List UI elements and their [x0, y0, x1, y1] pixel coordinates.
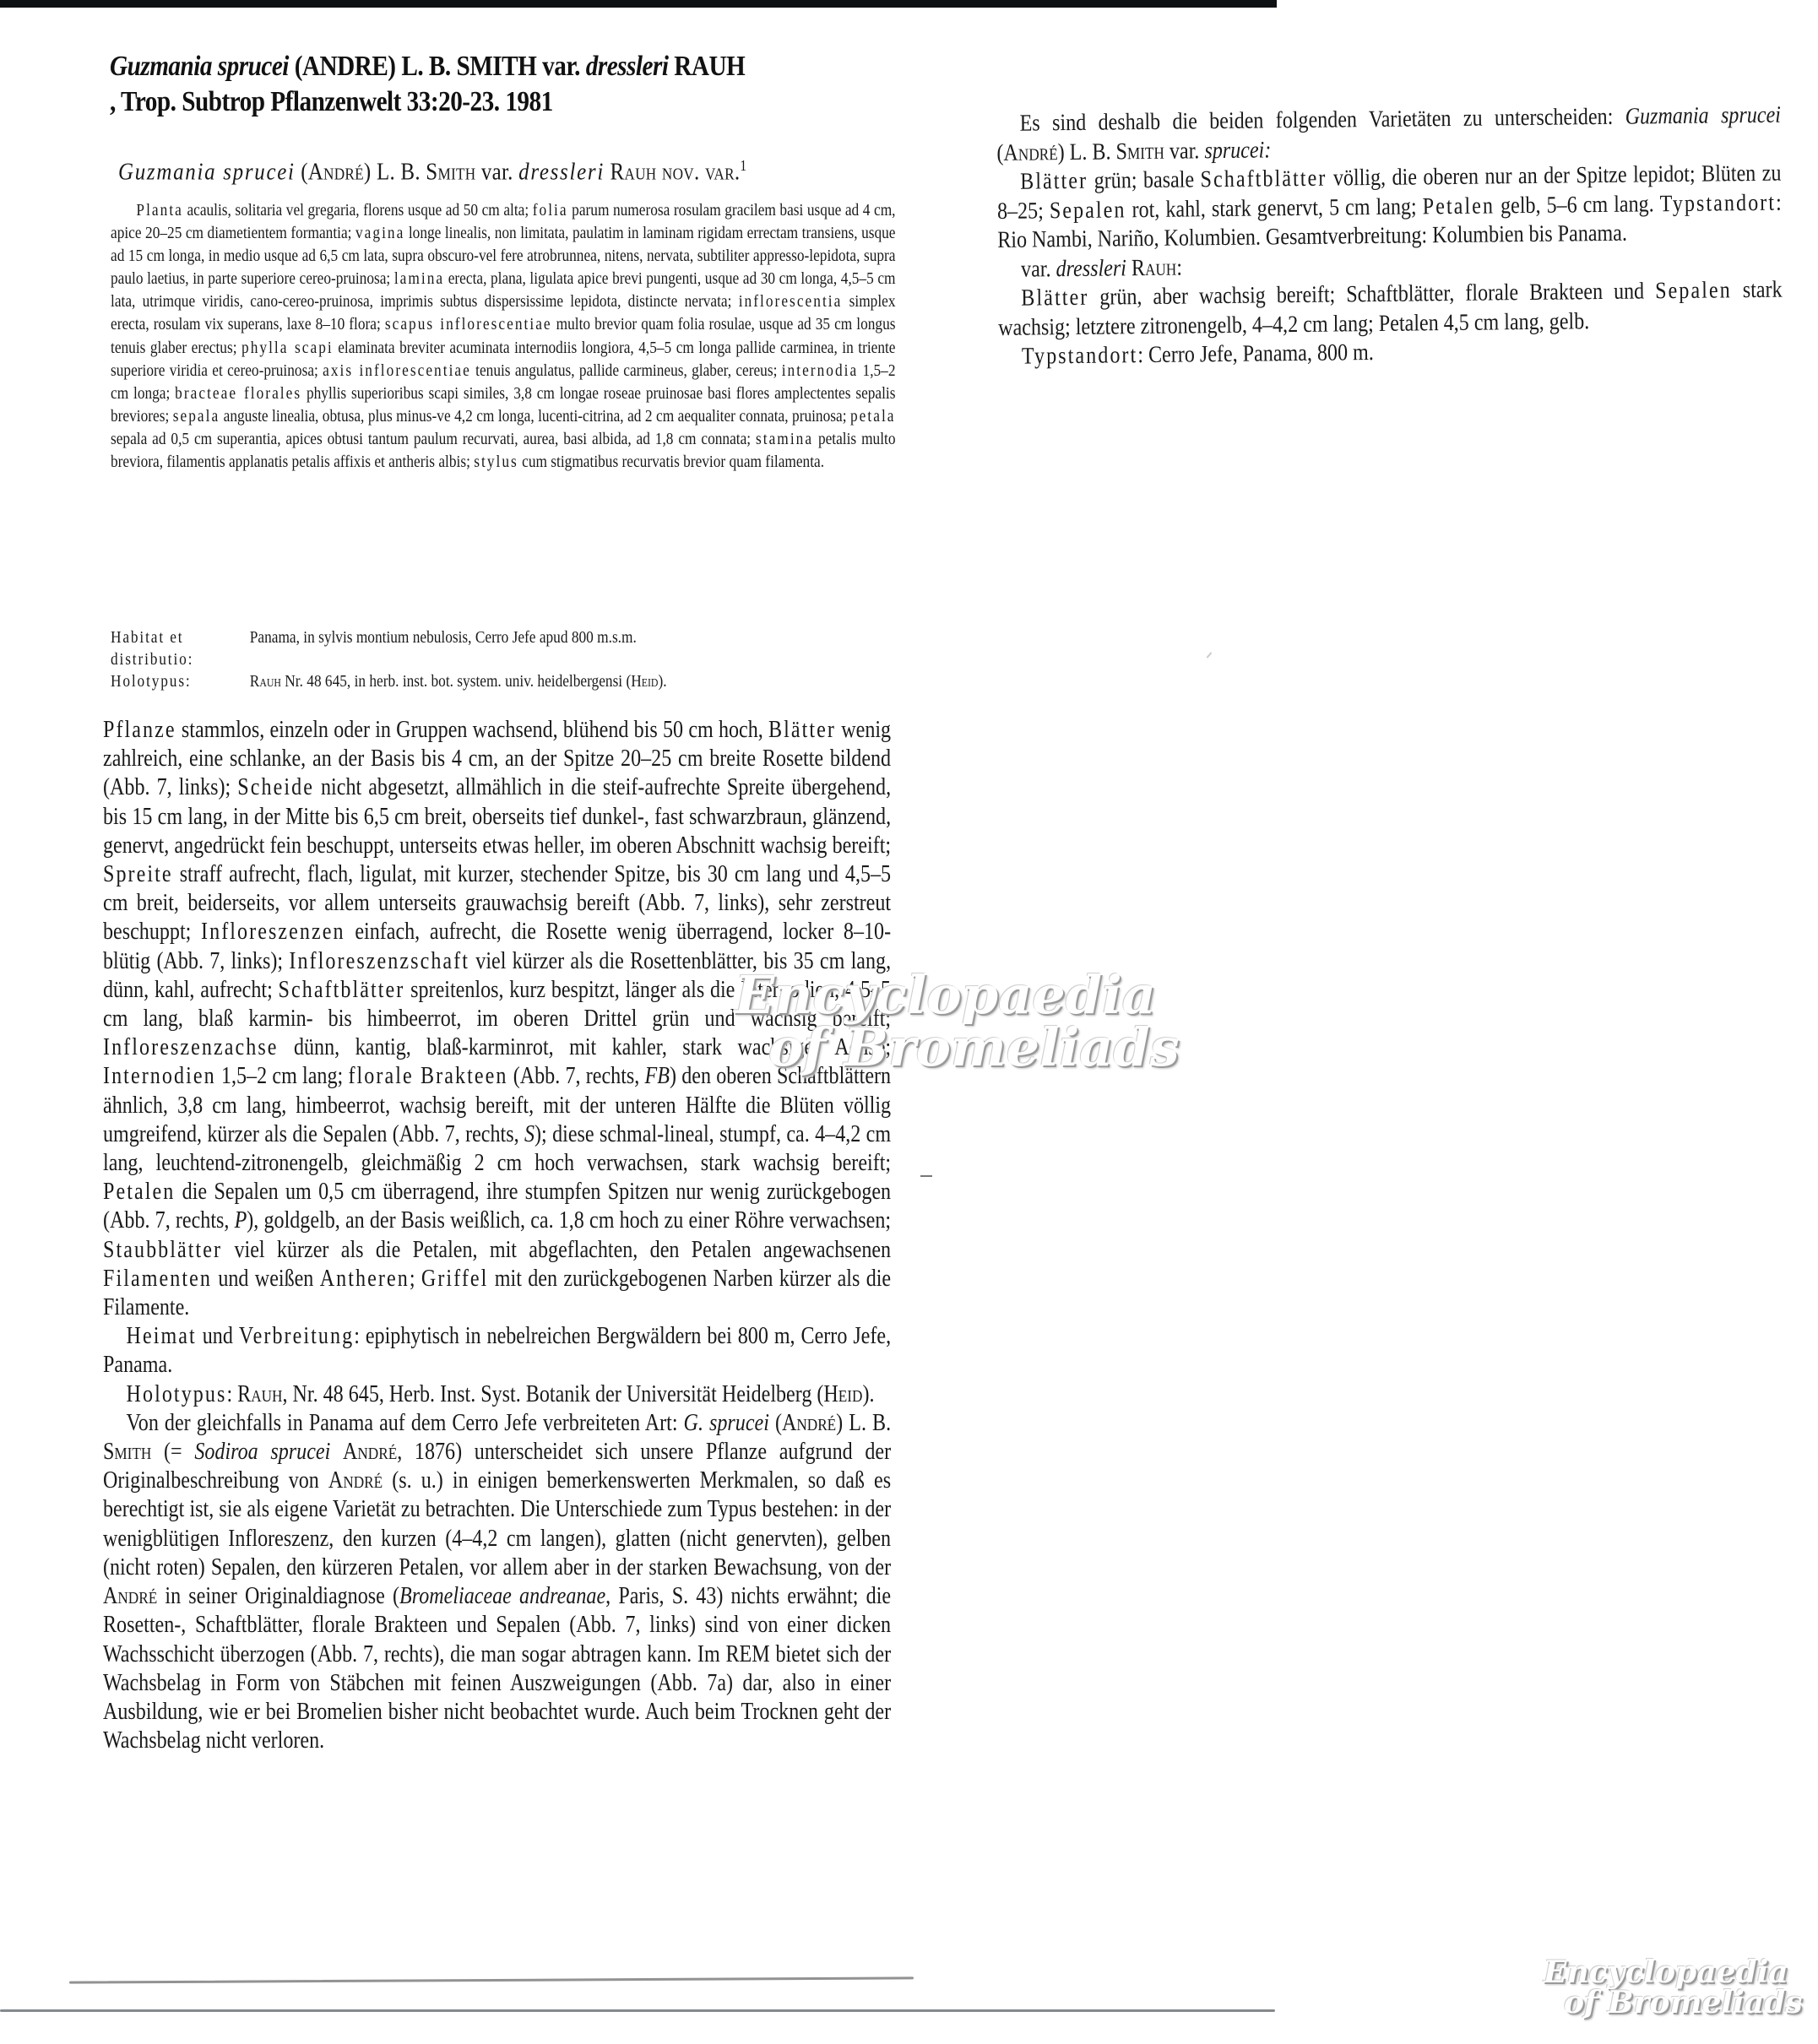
holotypus-value: Rauh Nr. 48 645, in herb. inst. bot. sys… [250, 670, 667, 692]
figure-label-fb: FB [645, 1063, 670, 1089]
german-text: ) L. B. [836, 1410, 891, 1436]
term-blaetter: Blätter [1021, 285, 1088, 312]
term-planta: Planta [136, 201, 182, 220]
title-variety-author: RAUH [668, 51, 745, 82]
term-infloreszenzachse: Infloreszenzachse [103, 1034, 279, 1060]
watermark-line1: Encyclopaedia [1544, 1957, 1803, 1987]
scan-speck [1207, 652, 1213, 658]
latin-text: acaulis, solitaria vel gregaria, florens… [183, 201, 533, 220]
term-internodien: Internodien [103, 1063, 216, 1089]
title-citation: , Trop. Subtrop Pflanzenwelt 33:20-23. 1… [110, 84, 792, 120]
latin-text: cum stigmatibus recurvatis brevior quam … [518, 453, 824, 471]
german-paragraph-heimat: Heimat und Verbreitung: epiphytisch in n… [103, 1322, 891, 1380]
term-infloreszenzen: Infloreszenzen [201, 919, 345, 945]
var-dressleri-description: Blätter grün, aber wachsig bereift; Scha… [998, 276, 1783, 343]
title-variety: dressleri [586, 51, 669, 82]
term-phylla: phylla scapi [241, 339, 334, 357]
term-pflanze: Pflanze [103, 717, 176, 743]
heading-species: Guzmania sprucei [118, 159, 296, 186]
german-paragraph-comparison: Von der gleichfalls in Panama auf dem Ce… [103, 1409, 891, 1755]
holotypus-author: Rauh [250, 672, 281, 691]
scan-mark [920, 1175, 932, 1177]
herbarium-code: Heid [631, 672, 658, 691]
habitat-label-line1: Habitat et [111, 626, 250, 648]
species-name: G. sprucei [684, 1410, 769, 1436]
german-text: grün; basale [1088, 166, 1201, 193]
heading-author2: Rauh nov. var. [605, 159, 740, 186]
var-sprucei-description: Blätter grün; basale Schaftblätter völli… [997, 160, 1783, 256]
latin-diagnosis: Planta acaulis, solitaria vel gregaria, … [111, 199, 896, 474]
title-authority: (ANDRE) L. B. SMITH var. [289, 51, 586, 82]
watermark-logo-corner: Encyclopaedia of Bromeliads [1544, 1957, 1803, 2018]
author-name: André [782, 1410, 836, 1436]
scan-top-border [0, 0, 1277, 8]
author-name: André [103, 1583, 157, 1609]
latin-text: sepala ad 0,5 cm superantia, apices obtu… [111, 430, 756, 448]
habitat-label: Habitat etdistributio: [111, 626, 250, 670]
term-staubblaetter: Staubblätter [103, 1237, 222, 1263]
type-metadata: Habitat etdistributio: Panama, in sylvis… [111, 626, 896, 692]
holotypus-end: ). [658, 672, 666, 691]
author-name: Rauh [1126, 254, 1177, 281]
term-petala: petala [850, 407, 896, 426]
species-name: Guzmania sprucei [1625, 102, 1781, 130]
german-text: : Cerro Jefe, Panama, 800 m. [1137, 339, 1374, 368]
habitat-label-line2: distributio: [111, 648, 250, 670]
term-stamina: stamina [756, 430, 813, 448]
term-griffel: Griffel [421, 1266, 489, 1292]
german-text: var. [1164, 138, 1205, 165]
german-text: grün, aber wachsig bereift; Schaftblätte… [1088, 278, 1655, 310]
term-blaetter: Blätter [1020, 168, 1088, 195]
term-typstandort: Typstandort [1022, 342, 1138, 370]
german-text: Von der gleichfalls in Panama auf dem Ce… [127, 1410, 684, 1436]
term-schaftblaetter: Schaftblätter [1200, 165, 1327, 193]
term-inflorescentia: inflorescentia [739, 292, 843, 311]
german-text: (= [151, 1439, 194, 1465]
term-sepala: sepala [173, 407, 220, 426]
watermark-line2: of Bromeliads [1564, 1987, 1803, 2018]
term-scapus: scapus inflorescentiae [385, 315, 552, 333]
latin-text: tenuis angulatus, pallide carmineus, gla… [471, 361, 782, 380]
holotypus-text: Nr. 48 645, in herb. inst. bot. system. … [281, 672, 631, 691]
heading-author: (André) L. B. Smith [296, 159, 481, 186]
term-schaftblaetter: Schaftblätter [279, 977, 405, 1003]
figure-label-p: P [235, 1207, 247, 1233]
german-paragraph-holotypus: Holotypus: Rauh, Nr. 48 645, Herb. Inst.… [103, 1380, 891, 1409]
german-text [330, 1439, 343, 1465]
term-vagina: vagina [355, 224, 404, 242]
term-bracteae: bracteae florales [175, 384, 301, 403]
german-text: dünn, kantig, blaß-karminrot, mit kahler… [279, 1034, 892, 1060]
german-text: und weißen [212, 1266, 320, 1292]
term-infloreszenzschaft: Infloreszenzschaft [289, 948, 469, 974]
term-scheide: Scheide [237, 774, 314, 800]
german-text: ; [410, 1266, 421, 1292]
german-text: 1,5–2 cm lang; [216, 1063, 349, 1089]
term-heimat: Heimat [127, 1323, 197, 1349]
document-title: Guzmania sprucei (ANDRE) L. B. SMITH var… [110, 49, 792, 120]
german-text: : [1176, 254, 1182, 280]
latin-text: anguste linealia, obtusa, plus minus-ve … [220, 407, 850, 426]
term-petalen: Petalen [103, 1179, 175, 1205]
term-sepalen: Sepalen [1050, 197, 1126, 224]
term-typstandort: Typstandort [1660, 189, 1777, 217]
term-internodia: internodia [782, 361, 859, 380]
variety-name: sprucei: [1204, 137, 1271, 164]
german-text: stammlos, einzeln oder in Gruppen wachse… [176, 717, 768, 743]
term-lamina: lamina [394, 269, 444, 288]
author-name: Smith [1115, 138, 1164, 165]
german-text: , Nr. 48 645, Herb. Inst. Syst. Botanik … [282, 1381, 823, 1407]
heading-var: var. [481, 159, 518, 186]
german-text: in seiner Originaldiagnose ( [157, 1583, 399, 1609]
german-text: Es sind deshalb die beiden folgenden Var… [1020, 104, 1625, 137]
figure-label-s: S [524, 1121, 535, 1147]
german-text: ), goldgelb, an der Basis weißlich, ca. … [247, 1207, 891, 1233]
german-text: und [197, 1323, 239, 1349]
habitat-value: Panama, in sylvis montium nebulosis, Cer… [250, 626, 637, 670]
herbarium-code: Heid [823, 1381, 862, 1407]
variety-name: dressleri [1056, 255, 1126, 282]
author-name: André [328, 1467, 383, 1494]
habitat-row: Habitat etdistributio: Panama, in sylvis… [111, 626, 896, 670]
species-heading: Guzmania sprucei (André) L. B. Smith var… [118, 150, 844, 187]
scan-bottom-border [0, 2009, 1275, 2012]
german-text: : [226, 1381, 237, 1407]
species-name: Sodiroa sprucei [194, 1439, 330, 1465]
german-paragraph-description: Pflanze stammlos, einzeln oder in Gruppe… [103, 716, 891, 1322]
author-name: André [343, 1439, 397, 1465]
german-description: Pflanze stammlos, einzeln oder in Gruppe… [103, 716, 891, 1755]
german-text: rot, kahl, stark genervt, 5 cm lang; [1126, 193, 1422, 223]
german-text: ) L. B. [1058, 138, 1116, 165]
german-text: (Abb. 7, rechts, [507, 1063, 644, 1089]
heading-variety: dressleri [518, 159, 605, 186]
latin-paragraph: Planta acaulis, solitaria vel gregaria, … [111, 199, 896, 474]
holotypus-row: Holotypus: Rauh Nr. 48 645, in herb. ins… [111, 670, 896, 692]
holotypus-label: Holotypus: [111, 670, 250, 692]
publication-title: Bromeliaceae andreanae [399, 1583, 605, 1609]
term-sepalen: Sepalen [1655, 277, 1732, 304]
term-spreite: Spreite [103, 861, 173, 887]
german-text: var. [1021, 256, 1056, 282]
german-text: ( [769, 1410, 782, 1436]
author-name: André [1003, 139, 1057, 166]
german-text: gelb, 5–6 cm lang. [1495, 191, 1660, 219]
term-stylus: stylus [474, 453, 518, 471]
german-text: viel kürzer als die Petalen, mit abgefla… [222, 1237, 891, 1263]
varieties-intro: Es sind deshalb die beiden folgenden Var… [996, 101, 1781, 168]
term-blaetter: Blätter [768, 717, 836, 743]
term-antheren: Antheren [320, 1266, 410, 1292]
page-edge-line [69, 1976, 914, 1983]
author-name: Smith [103, 1439, 151, 1465]
footnote-marker: 1 [740, 157, 746, 174]
term-axis: axis inflorescentiae [323, 361, 471, 380]
holotypus-author: Rauh [237, 1381, 282, 1407]
german-text: ). [862, 1381, 874, 1407]
term-filamenten: Filamenten [103, 1266, 212, 1292]
term-holotypus: Holotypus [127, 1381, 227, 1407]
term-verbreitung: Verbreitung [239, 1323, 354, 1349]
title-species: Guzmania sprucei [110, 51, 289, 82]
term-brakteen: florale Brakteen [348, 1063, 507, 1089]
term-petalen: Petalen [1423, 192, 1495, 220]
term-folia: folia [533, 201, 568, 220]
right-column-varieties: Es sind deshalb die beiden folgenden Var… [996, 101, 1783, 372]
